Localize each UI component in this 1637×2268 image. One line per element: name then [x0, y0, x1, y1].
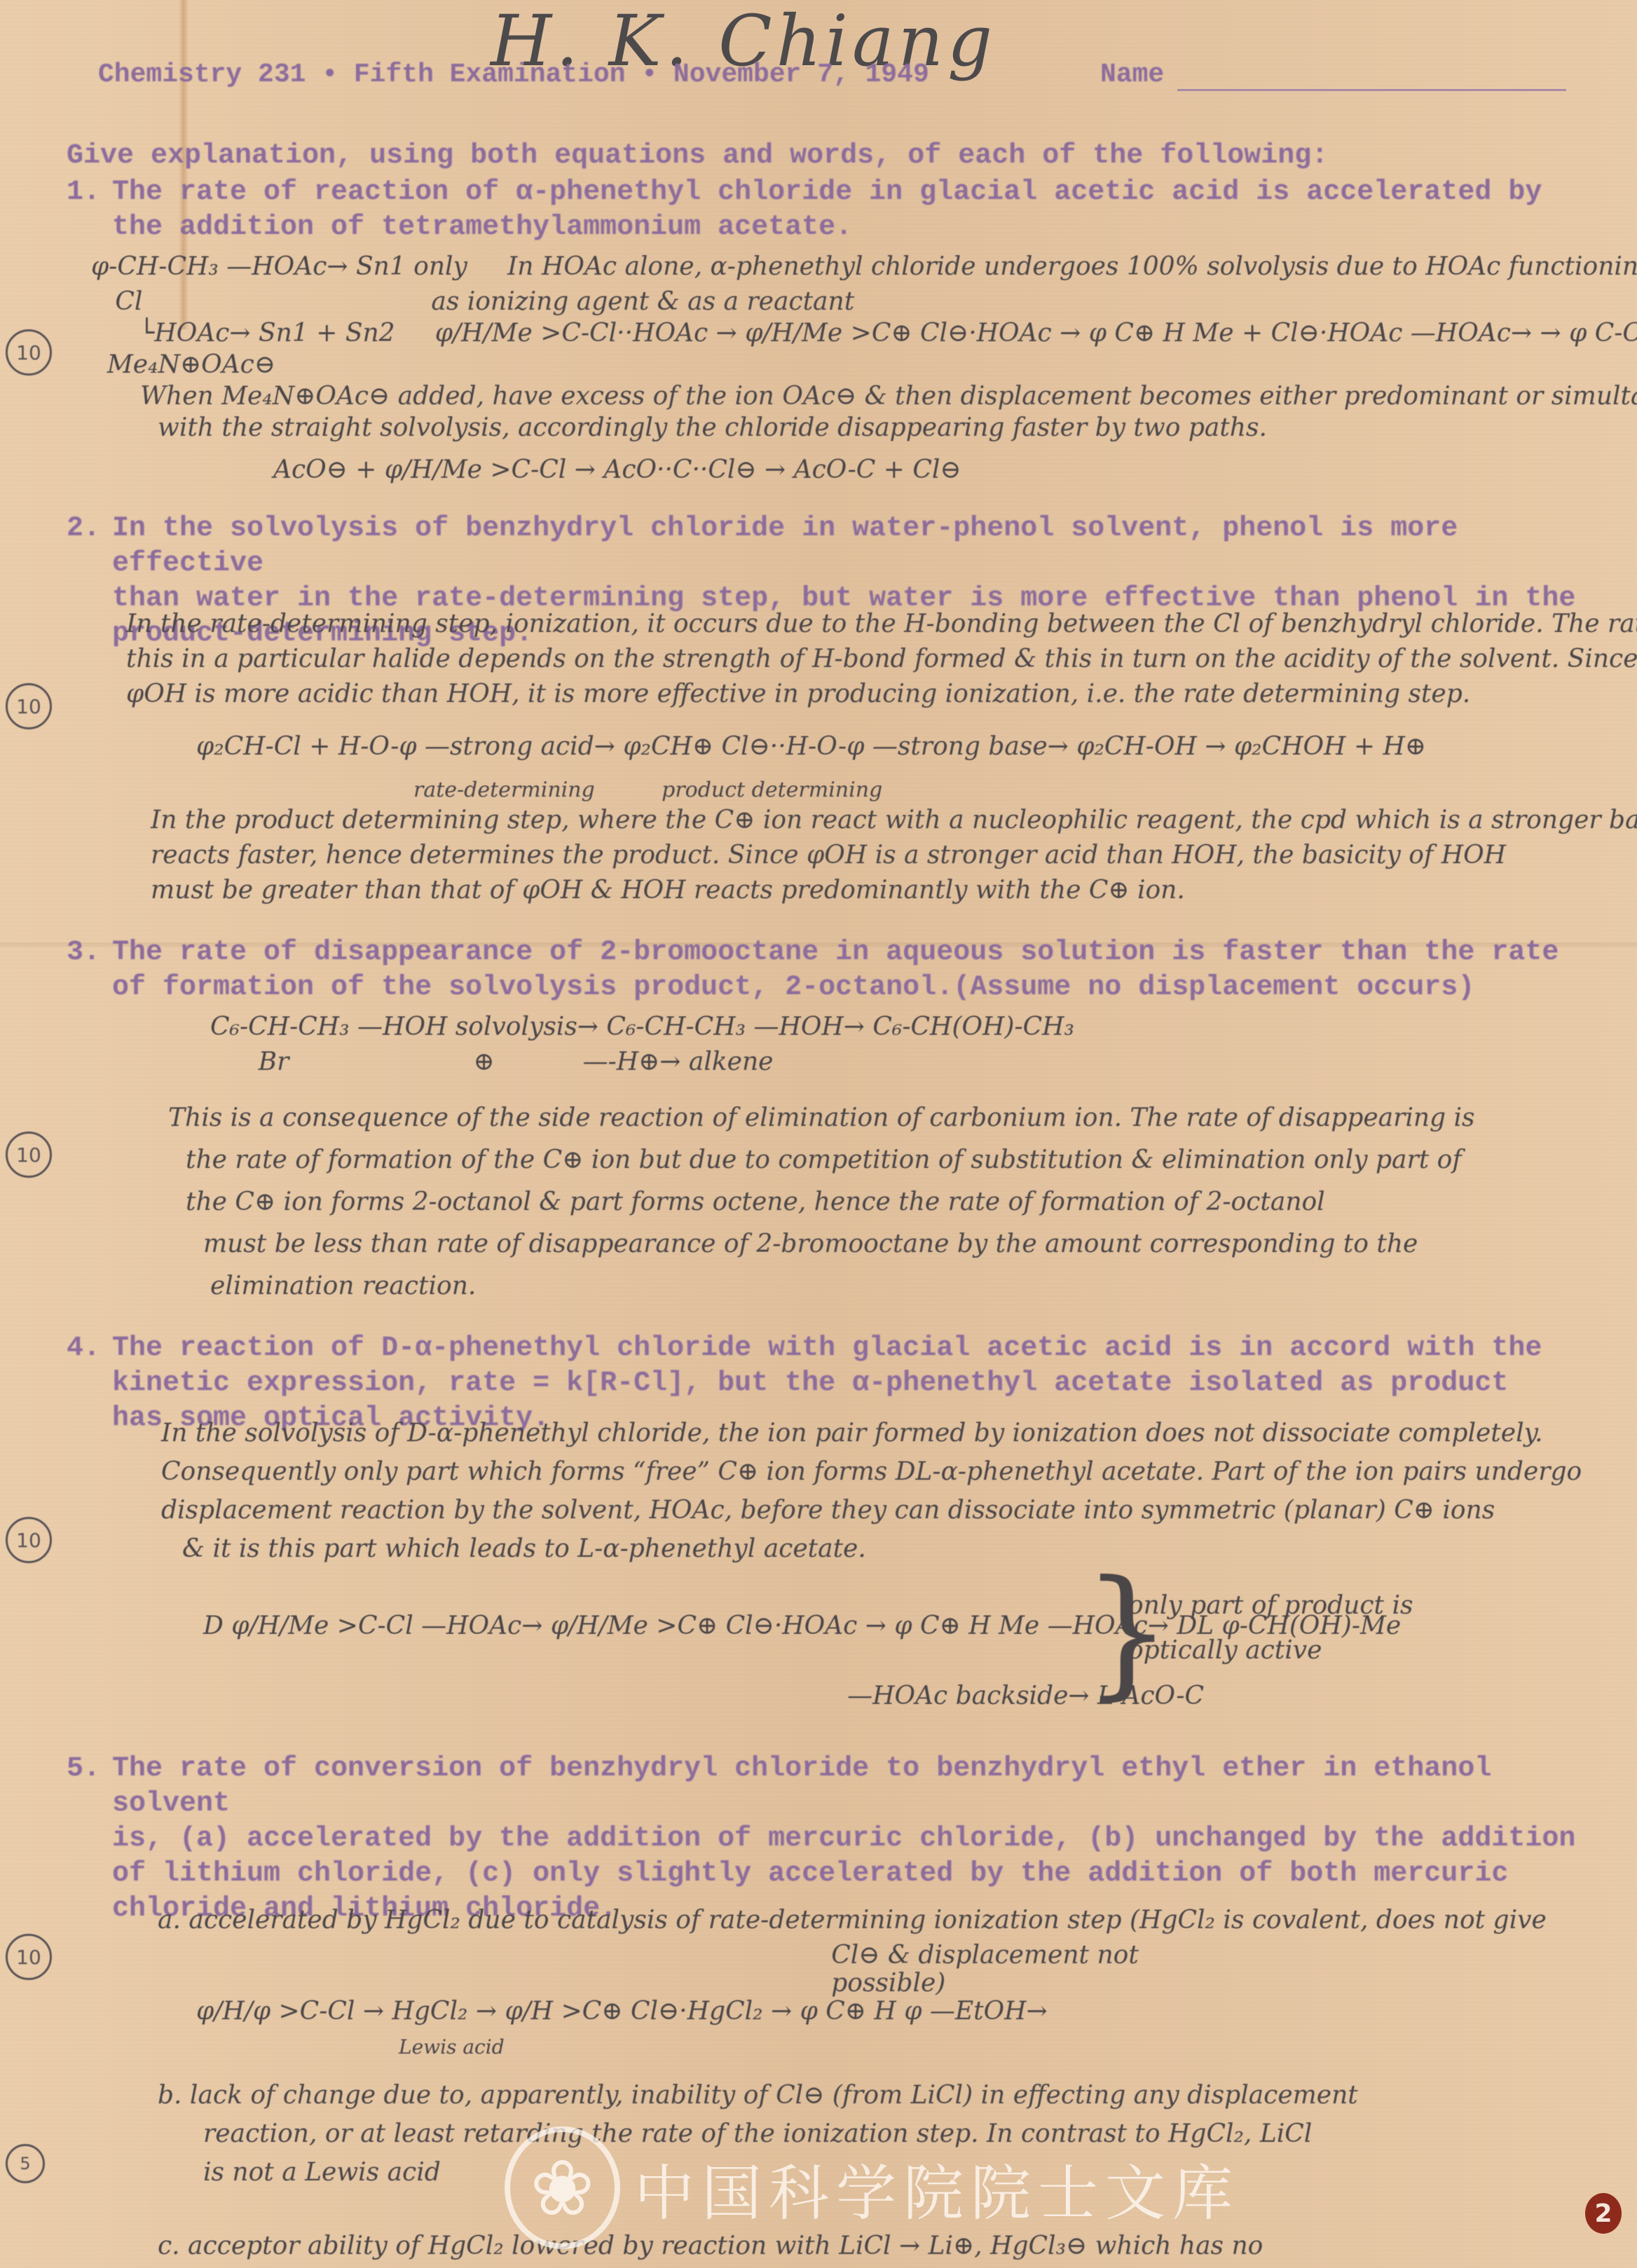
answer-3-line-2: the rate of formation of the C⊕ ion but … — [186, 1146, 1462, 1174]
archive-watermark: ❀ 中国科学院院士文库 — [505, 2126, 1240, 2249]
name-field-line — [1177, 89, 1566, 91]
score-circle-q1: 10 — [6, 329, 52, 376]
question-text: The rate of reaction of α-phenethyl chlo… — [67, 175, 1573, 245]
answer-2-line-2: this in a particular halide depends on t… — [126, 645, 1637, 673]
answer-2-line-6: must be greater than that of φOH & HOH r… — [151, 876, 1185, 905]
answer-1-equation: AcO⊖ + φ/H/Me >C-Cl → AcO··C··Cl⊖ → AcO-… — [273, 455, 961, 484]
answer-4-line-1: In the solvolysis of D-α-phenethyl chlor… — [161, 1419, 1543, 1448]
watermark-text: 中国科学院院士文库 — [634, 2145, 1240, 2232]
question-1: 1. The rate of reaction of α-phenethyl c… — [67, 175, 1573, 245]
score-circle-q2: 10 — [6, 683, 52, 729]
answer-5-part-b: b. lack of change due to, apparently, in… — [158, 2081, 1358, 2110]
answer-5-part-a-cont-1: Cl⊖ & displacement not — [158, 1941, 1139, 1970]
answer-4-brace-note: only part of product is optically active — [1128, 1583, 1413, 1673]
answer-1-line-4: Me₄N⊕OAc⊖ — [91, 350, 275, 379]
question-text: The rate of conversion of benzhydryl chl… — [67, 1752, 1608, 1927]
answer-2-line-1: In the rate-determining step, ionization… — [126, 610, 1637, 638]
answer-1-line-5: When Me₄N⊕OAc⊖ added, have excess of the… — [140, 382, 1637, 411]
question-text: The rate of disappearance of 2-bromoocta… — [67, 935, 1573, 1005]
question-3: 3. The rate of disappearance of 2-bromoo… — [67, 935, 1573, 1005]
score-circle-q5: 10 — [6, 1934, 52, 1980]
answer-2-line-3: φOH is more acidic than HOH, it is more … — [126, 680, 1470, 708]
answer-4-line-4: & it is this part which leads to L-α-phe… — [182, 1534, 866, 1563]
answer-5-part-a: a. accelerated by HgCl₂ due to catalysis… — [158, 1906, 1547, 1934]
score-circle-q3: 10 — [6, 1132, 52, 1178]
answer-4-line-3: displacement reaction by the solvent, HO… — [161, 1496, 1495, 1525]
answer-3-line-3: the C⊕ ion forms 2-octanol & part forms … — [186, 1188, 1325, 1216]
score-circle-q4: 10 — [6, 1517, 52, 1563]
question-number: 1. — [67, 175, 100, 210]
answer-3-line-1: This is a consequence of the side reacti… — [168, 1104, 1475, 1132]
score-circle-q5-b: 5 — [6, 2144, 45, 2183]
answer-1-line-2: Cl as ionizing agent & as a reactant — [91, 287, 854, 316]
answer-2-equation-labels: rate-determining product determining — [413, 778, 882, 802]
answer-4-line-2: Consequently only part which forms “free… — [161, 1457, 1582, 1486]
question-number: 2. — [67, 511, 100, 547]
answer-5-lewis-acid-label: Lewis acid — [336, 2035, 505, 2059]
page-number-badge: 2 — [1585, 2193, 1622, 2234]
answer-3-line-5: elimination reaction. — [210, 1272, 476, 1300]
answer-2-line-4: In the product determining step, where t… — [151, 806, 1637, 834]
answer-2-equation: φ₂CH-Cl + H-O-φ —strong acid→ φ₂CH⊕ Cl⊖·… — [196, 732, 1426, 761]
name-label: Name — [1100, 60, 1164, 90]
answer-3-line-4: must be less than rate of disappearance … — [203, 1230, 1418, 1258]
question-number: 5. — [67, 1752, 100, 1787]
question-5: 5. The rate of conversion of benzhydryl … — [67, 1752, 1608, 1927]
answer-3-equation-1: C₆-CH-CH₃ —HOH solvolysis→ C₆-CH-CH₃ —HO… — [210, 1012, 1074, 1041]
question-number: 3. — [67, 935, 100, 970]
answer-2-line-5: reacts faster, hence determines the prod… — [151, 841, 1506, 870]
answer-5-equation: φ/H/φ >C-Cl → HgCl₂ → φ/H >C⊕ Cl⊖·HgCl₂ … — [196, 1997, 1048, 2026]
exam-instructions: Give explanation, using both equations a… — [67, 140, 1328, 172]
answer-5-part-b-cont-2: is not a Lewis acid — [203, 2158, 441, 2187]
question-number: 4. — [67, 1331, 100, 1366]
answer-1-line-6: with the straight solvolysis, accordingl… — [158, 413, 1267, 442]
answer-1-line-1: φ-CH-CH₃ —HOAc→ Sn1 only In HOAc alone, … — [91, 252, 1637, 281]
answer-1-line-3: └HOAc→ Sn1 + Sn2 φ/H/Me >C-Cl··HOAc → φ/… — [91, 319, 1637, 348]
academy-seal-icon: ❀ — [505, 2126, 620, 2249]
answer-5-part-a-cont-2: possible) — [158, 1969, 945, 1998]
exam-header: Chemistry 231 • Fifth Examination • Nove… — [98, 60, 929, 90]
answer-3-equation-2: Br ⊕ —-H⊕→ alkene — [210, 1047, 773, 1076]
